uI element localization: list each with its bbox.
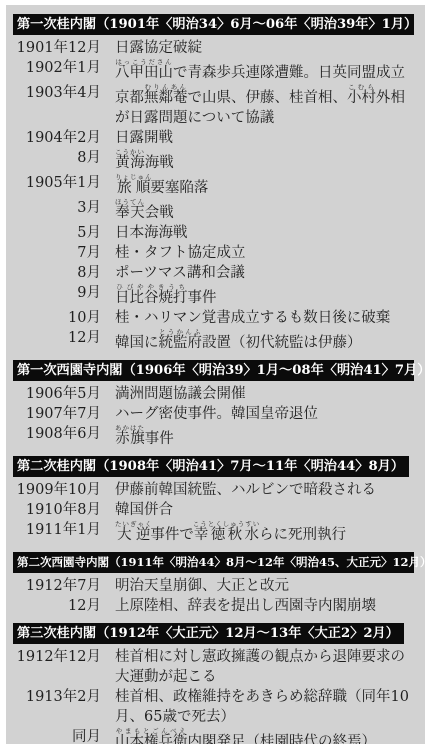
row-event: 桂首相、政権維持をあきらめ総辞職（同年10月、65歳で死去） bbox=[115, 687, 414, 727]
row-event: 日本海海戦 bbox=[115, 223, 414, 243]
row-event: 旅順りょじゅん要塞陥落 bbox=[115, 173, 414, 198]
cabinet-section: 第二次桂内閣（1908年〈明治41〉7月～11年〈明治44〉8月） 1909年1… bbox=[13, 455, 414, 545]
row-event: 黄海こうかい海戦 bbox=[115, 148, 414, 173]
row-event: 八甲田山はっこうださんで青森歩兵連隊遭難。日英同盟成立 bbox=[115, 58, 414, 83]
row-event: 山本権兵衛やまもとごんべえ内閣発足（桂園時代の終焉） bbox=[115, 727, 414, 744]
timeline-row: 1912年12月 桂首相に対し憲政擁護の観点から退陣要求の大運動が起こる bbox=[13, 647, 414, 687]
row-date: 1905年1月 bbox=[13, 173, 101, 193]
row-event: 満洲問題協議会開催 bbox=[115, 384, 414, 404]
timeline-row: 同月 山本権兵衛やまもとごんべえ内閣発足（桂園時代の終焉） bbox=[13, 727, 414, 744]
row-event: 大逆たいぎゃく事件で幸徳秋水こうとくしゅうすいらに死刑執行 bbox=[115, 520, 414, 545]
furigana-term: 奉天ほうてん bbox=[115, 205, 145, 221]
row-event: ポーツマス講和会議 bbox=[115, 263, 414, 283]
section-body: 1906年5月 満洲問題協議会開催 1907年7月 ハーグ密使事件。韓国皇帝退位… bbox=[13, 384, 414, 449]
section-body: 1901年12月 日露協定破綻 1902年1月 八甲田山はっこうださんで青森歩兵… bbox=[13, 38, 414, 353]
row-date: 1902年1月 bbox=[13, 58, 101, 78]
timeline-row: 1911年1月 大逆たいぎゃく事件で幸徳秋水こうとくしゅうすいらに死刑執行 bbox=[13, 520, 414, 545]
timeline-row: 1913年2月 桂首相、政権維持をあきらめ総辞職（同年10月、65歳で死去） bbox=[13, 687, 414, 727]
furigana-term: 八甲田山はっこうださん bbox=[115, 65, 173, 81]
row-event: 京都無鄰菴むりんあんで山県、伊藤、桂首相、小村こむら外相が日露問題について協議 bbox=[115, 83, 414, 128]
row-date: 9月 bbox=[13, 283, 101, 303]
row-event: 日露開戦 bbox=[115, 128, 414, 148]
row-date: 同月 bbox=[13, 727, 101, 744]
section-header: 第二次桂内閣（1908年〈明治41〉7月～11年〈明治44〉8月） bbox=[13, 456, 409, 477]
book-page-frame: 第一次桂内閣（1901年〈明治34〉6月～06年〈明治39年〉1月） 1901年… bbox=[0, 0, 431, 750]
timeline-row: 1910年8月 韓国併合 bbox=[13, 500, 414, 520]
cabinet-section: 第二次西園寺内閣（1911年〈明治44〉8月～12年〈明治45、大正元〉12月）… bbox=[13, 551, 414, 616]
timeline-row: 1904年2月 日露開戦 bbox=[13, 128, 414, 148]
row-event: 明治天皇崩御、大正と改元 bbox=[115, 576, 414, 596]
timeline-row: 1903年4月 京都無鄰菴むりんあんで山県、伊藤、桂首相、小村こむら外相が日露問… bbox=[13, 83, 414, 128]
row-event: 日比谷焼打ひびややきうち事件 bbox=[115, 283, 414, 308]
timeline-row: 7月 桂・タフト協定成立 bbox=[13, 243, 414, 263]
row-date: 1913年2月 bbox=[13, 687, 101, 707]
row-event: 伊藤前韓国統監、ハルビンで暗殺される bbox=[115, 480, 414, 500]
timeline-row: 9月 日比谷焼打ひびややきうち事件 bbox=[13, 283, 414, 308]
furigana-term: 黄海こうかい bbox=[115, 155, 145, 171]
section-header: 第三次桂内閣（1912年〈大正元〉12月～13年〈大正2〉2月） bbox=[13, 623, 404, 644]
timeline-row: 1901年12月 日露協定破綻 bbox=[13, 38, 414, 58]
timeline-row: 10月 桂・ハリマン覚書成立するも数日後に破棄 bbox=[13, 308, 414, 328]
section-body: 1909年10月 伊藤前韓国統監、ハルビンで暗殺される 1910年8月 韓国併合… bbox=[13, 480, 414, 545]
timeline-page: 第一次桂内閣（1901年〈明治34〉6月～06年〈明治39年〉1月） 1901年… bbox=[6, 5, 425, 744]
row-date: 1903年4月 bbox=[13, 83, 101, 103]
furigana-term: 小村こむら bbox=[347, 90, 376, 106]
row-event: 桂・ハリマン覚書成立するも数日後に破棄 bbox=[115, 308, 414, 328]
row-date: 1901年12月 bbox=[13, 38, 101, 58]
timeline-row: 1909年10月 伊藤前韓国統監、ハルビンで暗殺される bbox=[13, 480, 414, 500]
timeline-row: 1907年7月 ハーグ密使事件。韓国皇帝退位 bbox=[13, 404, 414, 424]
row-date: 12月 bbox=[13, 328, 101, 348]
row-event: 桂・タフト協定成立 bbox=[115, 243, 414, 263]
furigana-term: 日比谷焼打ひびややきうち bbox=[115, 290, 188, 306]
row-date: 1909年10月 bbox=[13, 480, 101, 500]
row-date: 12月 bbox=[13, 596, 101, 616]
timeline-row: 1908年6月 赤旗あかはた事件 bbox=[13, 424, 414, 449]
cabinet-section: 第一次桂内閣（1901年〈明治34〉6月～06年〈明治39年〉1月） 1901年… bbox=[13, 13, 414, 353]
furigana-term: 大逆たいぎゃく bbox=[115, 527, 150, 543]
cabinet-section: 第三次桂内閣（1912年〈大正元〉12月～13年〈大正2〉2月） 1912年12… bbox=[13, 622, 414, 744]
row-event: 上原陸相、辞表を提出し西園寺内閣崩壊 bbox=[115, 596, 414, 616]
timeline-row: 1905年1月 旅順りょじゅん要塞陥落 bbox=[13, 173, 414, 198]
furigana-term: 赤旗あかはた bbox=[115, 431, 145, 447]
row-date: 10月 bbox=[13, 308, 101, 328]
timeline-row: 8月 黄海こうかい海戦 bbox=[13, 148, 414, 173]
row-date: 1912年12月 bbox=[13, 647, 101, 667]
furigana-term: 幸徳秋水こうとくしゅうすい bbox=[194, 527, 259, 543]
timeline-row: 12月 韓国に統監府とうかんふ設置（初代統監は伊藤） bbox=[13, 328, 414, 353]
row-date: 8月 bbox=[13, 148, 101, 168]
timeline-row: 1912年7月 明治天皇崩御、大正と改元 bbox=[13, 576, 414, 596]
row-date: 1907年7月 bbox=[13, 404, 101, 424]
furigana-term: 統監府とうかんふ bbox=[159, 335, 203, 351]
furigana-term: 山本権兵衛やまもとごんべえ bbox=[115, 734, 188, 744]
timeline-row: 1902年1月 八甲田山はっこうださんで青森歩兵連隊遭難。日英同盟成立 bbox=[13, 58, 414, 83]
row-event: 韓国併合 bbox=[115, 500, 414, 520]
section-header: 第二次西園寺内閣（1911年〈明治44〉8月～12年〈明治45、大正元〉12月） bbox=[13, 552, 414, 573]
furigana-term: 旅順りょじゅん bbox=[115, 180, 150, 196]
row-event: 奉天ほうてん会戦 bbox=[115, 198, 414, 223]
row-date: 5月 bbox=[13, 223, 101, 243]
row-event: 韓国に統監府とうかんふ設置（初代統監は伊藤） bbox=[115, 328, 414, 353]
row-event: ハーグ密使事件。韓国皇帝退位 bbox=[115, 404, 414, 424]
section-body: 1912年12月 桂首相に対し憲政擁護の観点から退陣要求の大運動が起こる 191… bbox=[13, 647, 414, 744]
section-header: 第一次西園寺内閣（1906年〈明治39〉1月～08年〈明治41〉7月） bbox=[13, 360, 414, 381]
furigana-term: 無鄰菴むりんあん bbox=[144, 90, 188, 106]
row-date: 8月 bbox=[13, 263, 101, 283]
timeline-row: 1906年5月 満洲問題協議会開催 bbox=[13, 384, 414, 404]
timeline-row: 5月 日本海海戦 bbox=[13, 223, 414, 243]
row-date: 1912年7月 bbox=[13, 576, 101, 596]
row-date: 7月 bbox=[13, 243, 101, 263]
row-date: 1910年8月 bbox=[13, 500, 101, 520]
timeline-row: 3月 奉天ほうてん会戦 bbox=[13, 198, 414, 223]
section-body: 1912年7月 明治天皇崩御、大正と改元 12月 上原陸相、辞表を提出し西園寺内… bbox=[13, 576, 414, 616]
row-event: 赤旗あかはた事件 bbox=[115, 424, 414, 449]
section-header: 第一次桂内閣（1901年〈明治34〉6月～06年〈明治39年〉1月） bbox=[13, 14, 414, 35]
cabinet-section: 第一次西園寺内閣（1906年〈明治39〉1月～08年〈明治41〉7月） 1906… bbox=[13, 359, 414, 449]
row-event: 桂首相に対し憲政擁護の観点から退陣要求の大運動が起こる bbox=[115, 647, 414, 687]
row-date: 3月 bbox=[13, 198, 101, 218]
row-date: 1911年1月 bbox=[13, 520, 101, 540]
row-date: 1906年5月 bbox=[13, 384, 101, 404]
timeline-row: 8月 ポーツマス講和会議 bbox=[13, 263, 414, 283]
row-event: 日露協定破綻 bbox=[115, 38, 414, 58]
timeline-row: 12月 上原陸相、辞表を提出し西園寺内閣崩壊 bbox=[13, 596, 414, 616]
row-date: 1904年2月 bbox=[13, 128, 101, 148]
row-date: 1908年6月 bbox=[13, 424, 101, 444]
